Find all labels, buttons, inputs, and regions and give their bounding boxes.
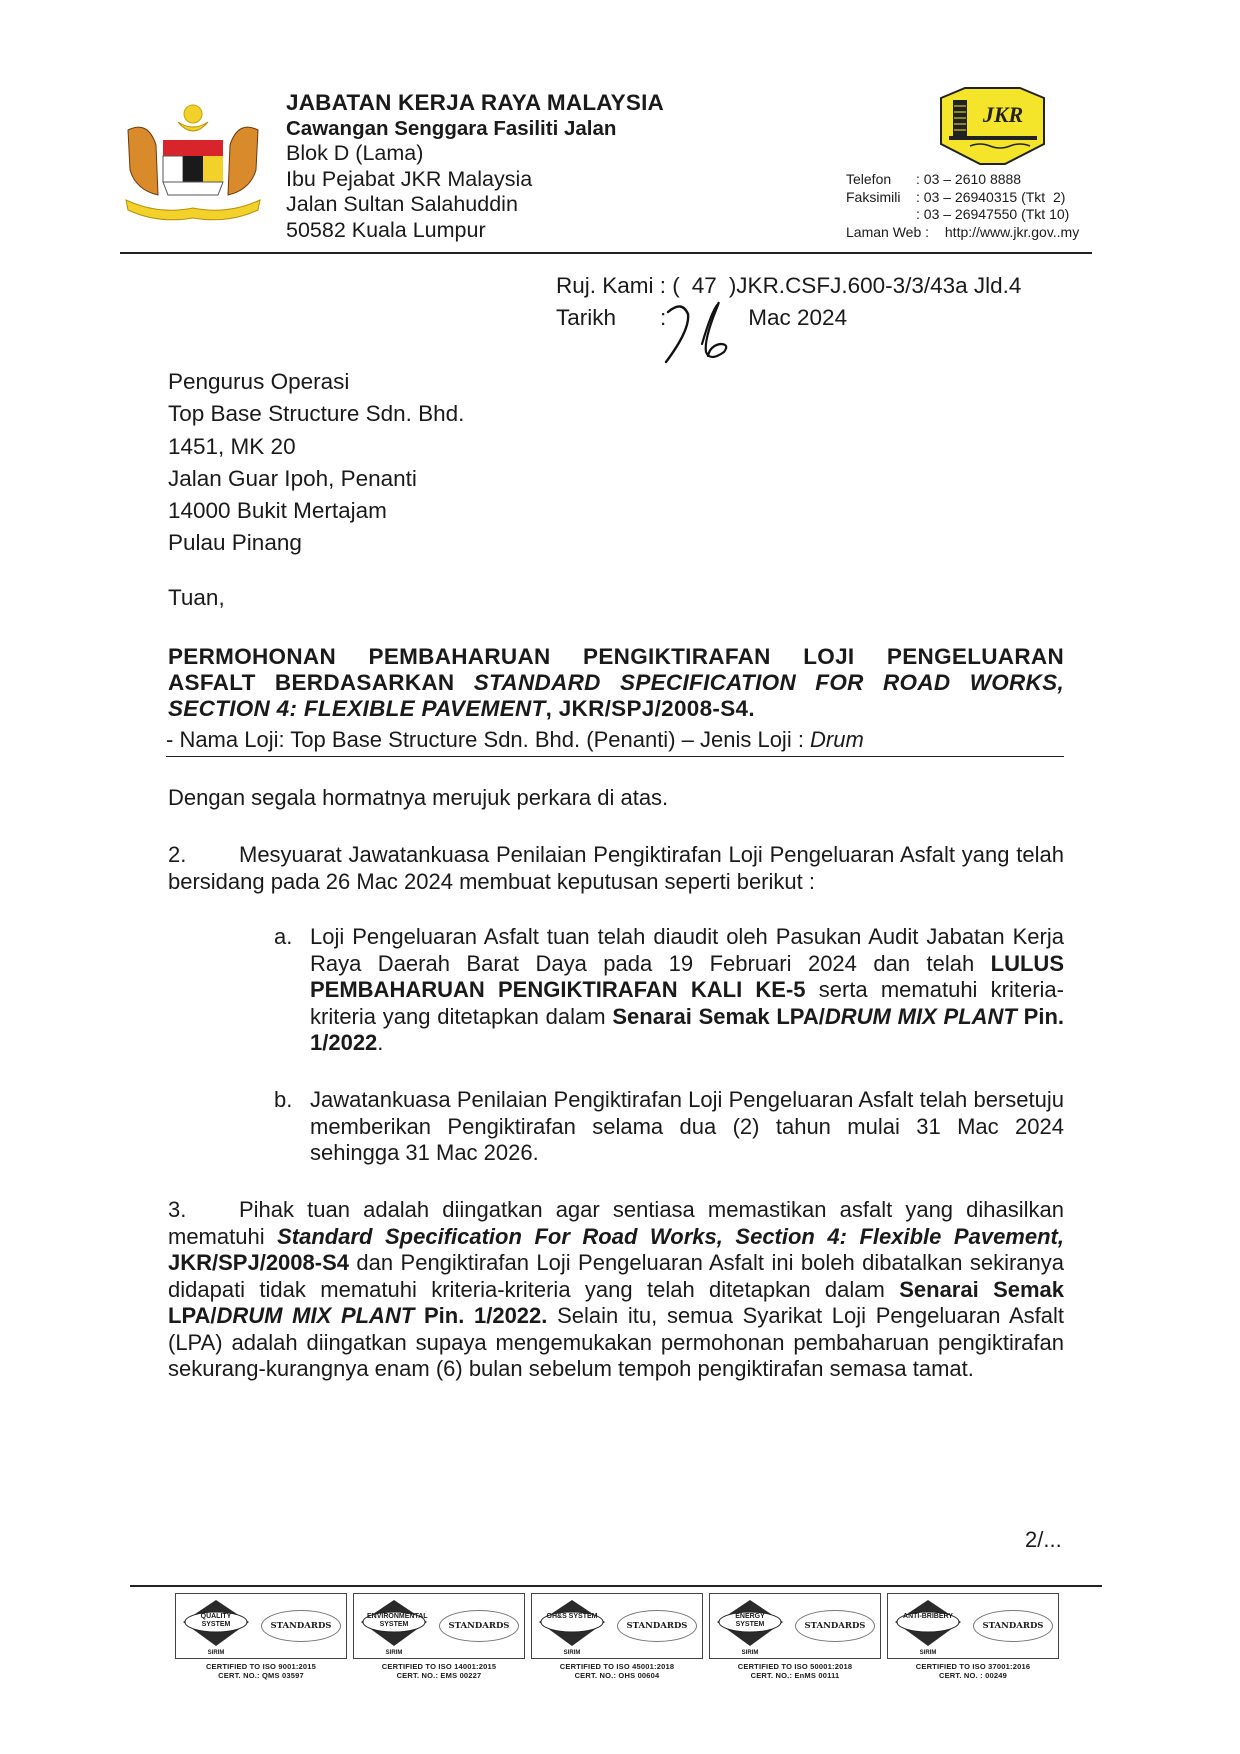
page-continuation: 2/...	[1025, 1527, 1062, 1553]
date-label: Tarikh	[556, 302, 660, 334]
footer-divider	[130, 1585, 1102, 1587]
cert-number: CERT. NO.: QMS 03597	[175, 1671, 347, 1680]
org-address-line: Blok D (Lama)	[286, 141, 664, 167]
standards-malaysia-icon: STANDARDS	[973, 1610, 1053, 1642]
organization-address: JABATAN KERJA RAYA MALAYSIA Cawangan Sen…	[286, 90, 664, 243]
certification-badge: ANTI-BRIBERYSIRIMSTANDARDSCERTIFIED TO I…	[887, 1593, 1059, 1680]
jkr-logo: JKR	[935, 86, 1050, 166]
header-divider	[120, 252, 1092, 254]
standards-malaysia-icon: STANDARDS	[795, 1610, 875, 1642]
org-branch: Cawangan Senggara Fasiliti Jalan	[286, 116, 664, 142]
sirim-diamond-icon: ENERGY SYSTEMSIRIM	[715, 1598, 785, 1654]
cert-standard: CERTIFIED TO ISO 45001:2018	[531, 1662, 703, 1671]
ref-number: 47	[680, 270, 729, 302]
cert-number: CERT. NO. : 00249	[887, 1671, 1059, 1680]
salutation: Tuan,	[168, 585, 225, 611]
cert-standard: CERTIFIED TO ISO 37001:2016	[887, 1662, 1059, 1671]
handwritten-date-day	[660, 300, 740, 368]
website-link[interactable]: http://www.jkr.gov..my	[941, 224, 1079, 242]
recipient-line: Pulau Pinang	[168, 527, 464, 559]
contact-row: Laman Web : http://www.jkr.gov..my	[846, 224, 1079, 242]
list-item-b: b. Jawatankuasa Penilaian Pengiktirafan …	[274, 1087, 1064, 1167]
org-name: JABATAN KERJA RAYA MALAYSIA	[286, 90, 664, 116]
certification-badge: ENVIRONMENTAL SYSTEMSIRIMSTANDARDSCERTIF…	[353, 1593, 525, 1680]
cert-standard: CERTIFIED TO ISO 14001:2015	[353, 1662, 525, 1671]
standards-malaysia-icon: STANDARDS	[439, 1610, 519, 1642]
recipient-line: Jalan Guar Ipoh, Penanti	[168, 463, 464, 495]
standards-malaysia-icon: STANDARDS	[261, 1610, 341, 1642]
paragraph-3: 3.Pihak tuan adalah diingatkan agar sent…	[168, 1197, 1064, 1383]
sirim-diamond-icon: OH&S SYSTEMSIRIM	[537, 1598, 607, 1654]
recipient-address: Pengurus Operasi Top Base Structure Sdn.…	[168, 366, 464, 560]
cert-standard: CERTIFIED TO ISO 9001:2015	[175, 1662, 347, 1671]
ref-label: Ruj. Kami : (	[556, 270, 680, 302]
cert-number: CERT. NO.: EnMS 00111	[709, 1671, 881, 1680]
sirim-diamond-icon: QUALITY SYSTEMSIRIM	[181, 1598, 251, 1654]
ref-code: )JKR.CSFJ.600-3/3/43a Jld.4	[729, 270, 1022, 302]
list-item-a: a. Loji Pengeluaran Asfalt tuan telah di…	[274, 924, 1064, 1057]
contact-row: Faksimili: 03 – 26940315 (Tkt 2)	[846, 189, 1079, 207]
sirim-diamond-icon: ANTI-BRIBERYSIRIM	[893, 1598, 963, 1654]
contact-row: Telefon: 03 – 2610 8888	[846, 171, 1079, 189]
contact-info: Telefon: 03 – 2610 8888 Faksimili: 03 – …	[846, 171, 1079, 241]
cert-number: CERT. NO.: EMS 00227	[353, 1671, 525, 1680]
contact-row: : 03 – 26947550 (Tkt 10)	[846, 206, 1079, 224]
recipient-line: 14000 Bukit Mertajam	[168, 495, 464, 527]
paragraph-2: 2.Mesyuarat Jawatankuasa Penilaian Pengi…	[168, 842, 1064, 895]
svg-text:JKR: JKR	[982, 102, 1023, 127]
cert-standard: CERTIFIED TO ISO 50001:2018	[709, 1662, 881, 1671]
certification-badge: QUALITY SYSTEMSIRIMSTANDARDSCERTIFIED TO…	[175, 1593, 347, 1680]
plant-name-note: - Nama Loji: Top Base Structure Sdn. Bhd…	[166, 727, 1064, 757]
recipient-line: 1451, MK 20	[168, 431, 464, 463]
org-address-line: 50582 Kuala Lumpur	[286, 218, 664, 244]
letter-subject: PERMOHONAN PEMBAHARUAN PENGIKTIRAFAN LOJ…	[168, 644, 1064, 722]
recipient-line: Top Base Structure Sdn. Bhd.	[168, 398, 464, 430]
opening-sentence: Dengan segala hormatnya merujuk perkara …	[168, 785, 668, 812]
certification-logos: QUALITY SYSTEMSIRIMSTANDARDSCERTIFIED TO…	[175, 1593, 1059, 1680]
certification-badge: OH&S SYSTEMSIRIMSTANDARDSCERTIFIED TO IS…	[531, 1593, 703, 1680]
cert-number: CERT. NO.: OHS 00604	[531, 1671, 703, 1680]
reference-block: Ruj. Kami : (47)JKR.CSFJ.600-3/3/43a Jld…	[556, 270, 1021, 334]
sirim-diamond-icon: ENVIRONMENTAL SYSTEMSIRIM	[359, 1598, 429, 1654]
date-month-year: Mac 2024	[748, 302, 847, 334]
org-address-line: Ibu Pejabat JKR Malaysia	[286, 167, 664, 193]
malaysia-coat-of-arms-icon	[118, 100, 268, 225]
certification-badge: ENERGY SYSTEMSIRIMSTANDARDSCERTIFIED TO …	[709, 1593, 881, 1680]
standards-malaysia-icon: STANDARDS	[617, 1610, 697, 1642]
org-address-line: Jalan Sultan Salahuddin	[286, 192, 664, 218]
recipient-line: Pengurus Operasi	[168, 366, 464, 398]
